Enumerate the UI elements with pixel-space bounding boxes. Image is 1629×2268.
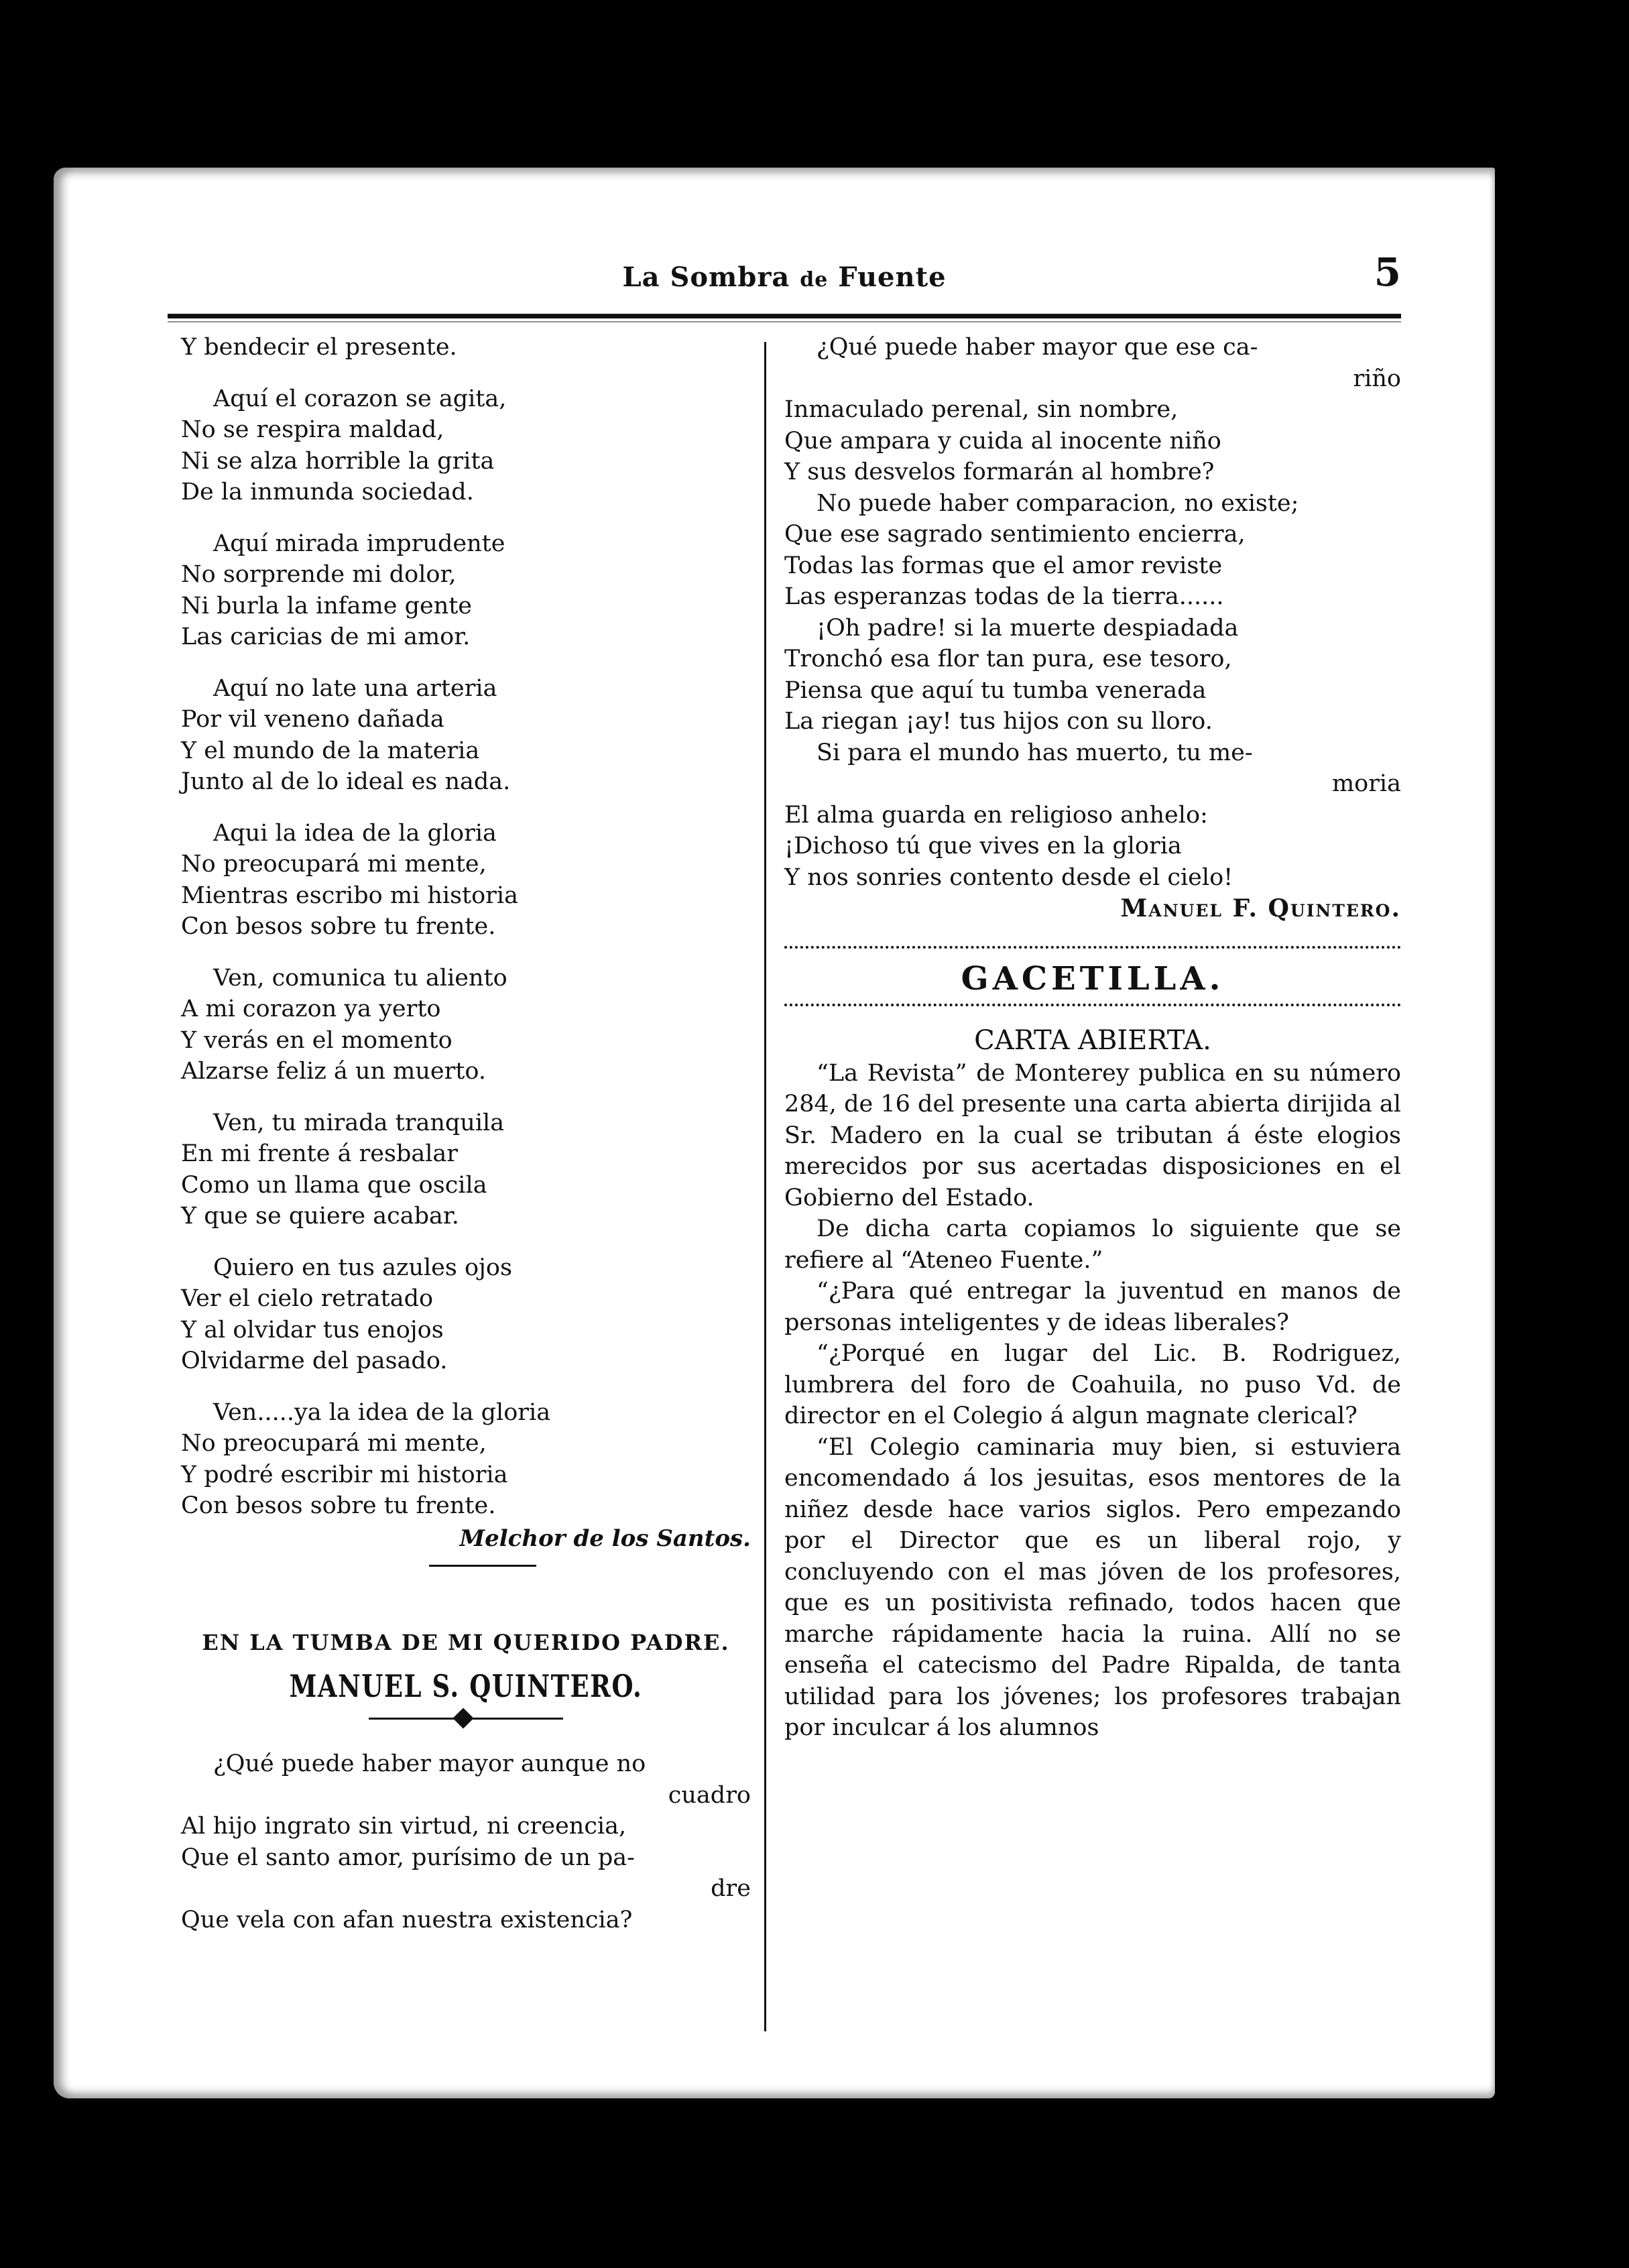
verse-line: El alma guarda en religioso anhelo: bbox=[784, 800, 1401, 831]
verse-line: Mientras escribo mi historia bbox=[181, 880, 751, 912]
verse-line: Y el mundo de la materia bbox=[181, 735, 751, 767]
verse-line: dre bbox=[181, 1873, 751, 1905]
article-body: “La Revista” de Monterey publica en su n… bbox=[784, 1058, 1401, 1744]
verse-line: En mi frente á resbalar bbox=[181, 1138, 751, 1170]
verse-line: No preocupará mi mente, bbox=[181, 1428, 751, 1459]
left-column: Y bendecir el presente. Aquí el corazon … bbox=[181, 332, 751, 1935]
verse-line: Ni se alza horrible la grita bbox=[181, 446, 751, 477]
verse-line: Las caricias de mi amor. bbox=[181, 621, 751, 653]
article-paragraph: “El Colegio caminaria muy bien, si estuv… bbox=[784, 1432, 1401, 1744]
verse-line: Y nos sonries contento desde el cielo! bbox=[784, 862, 1401, 894]
verse-line: Tronchó esa flor tan pura, ese tesoro, bbox=[784, 644, 1401, 675]
verse-line: Por vil veneno dañada bbox=[181, 704, 751, 735]
verse-line: Inmaculado perenal, sin nombre, bbox=[784, 394, 1401, 426]
stanza: Ven, tu mirada tranquilaEn mi frente á r… bbox=[181, 1108, 751, 1232]
poem1-signature: Melchor de los Santos. bbox=[181, 1523, 751, 1555]
verse-line: Ven, tu mirada tranquila bbox=[181, 1108, 751, 1139]
verse-line: ¿Qué puede haber mayor que ese ca- bbox=[784, 332, 1401, 363]
verse-line: Olvidarme del pasado. bbox=[181, 1346, 751, 1377]
verse-line: Que ese sagrado sentimiento encierra, bbox=[784, 519, 1401, 550]
verse-line: cuadro bbox=[181, 1780, 751, 1811]
title-word: La bbox=[622, 261, 660, 293]
poem2-author: MANUEL S. QUINTERO. bbox=[238, 1671, 694, 1702]
section-title: GACETILLA. bbox=[784, 963, 1401, 995]
newspaper-page: La Sombra de Fuente 5 Y bendecir el pres… bbox=[54, 168, 1495, 2098]
verse-line: Ven.....ya la idea de la gloria bbox=[181, 1397, 751, 1429]
verse-line: Las esperanzas todas de la tierra...... bbox=[784, 581, 1401, 613]
verse-line: ¡Dichoso tú que vives en la gloria bbox=[784, 831, 1401, 862]
poem2-lines-left: ¿Qué puede haber mayor aunque nocuadroAl… bbox=[181, 1748, 751, 1935]
poem2-lines-right: ¿Qué puede haber mayor que ese ca-riñoIn… bbox=[784, 332, 1401, 893]
ornament-rule bbox=[369, 1708, 563, 1728]
signature-rule bbox=[429, 1565, 536, 1567]
verse-line: Con besos sobre tu frente. bbox=[181, 1490, 751, 1522]
verse-line: Que el santo amor, purísimo de un pa- bbox=[181, 1842, 751, 1874]
article-title: CARTA ABIERTA. bbox=[784, 1025, 1401, 1057]
header-rule bbox=[168, 314, 1401, 318]
verse-line: Aquí no late una arteria bbox=[181, 673, 751, 705]
diamond-ornament-icon bbox=[452, 1708, 473, 1728]
running-header: La Sombra de Fuente 5 bbox=[168, 261, 1401, 302]
publication-title: La Sombra de Fuente bbox=[168, 261, 1401, 293]
right-column: ¿Qué puede haber mayor que ese ca-riñoIn… bbox=[784, 332, 1401, 1744]
section-rule-top bbox=[784, 946, 1401, 949]
verse-line: De la inmunda sociedad. bbox=[181, 477, 751, 508]
verse-line: Con besos sobre tu frente. bbox=[181, 911, 751, 943]
poem1-opening: Y bendecir el presente. bbox=[181, 332, 751, 363]
column-divider bbox=[764, 342, 766, 2031]
verse-line: Y podré escribir mi historia bbox=[181, 1459, 751, 1491]
verse-line: riño bbox=[784, 363, 1401, 395]
verse-line: Piensa que aquí tu tumba venerada bbox=[784, 675, 1401, 707]
verse-line: Que vela con afan nuestra existencia? bbox=[181, 1905, 751, 1936]
verse-line: Aquí mirada imprudente bbox=[181, 528, 751, 560]
article-paragraph: “La Revista” de Monterey publica en su n… bbox=[784, 1058, 1401, 1214]
article-paragraph: “¿Para qué entregar la juventud en manos… bbox=[784, 1276, 1401, 1338]
verse-line: Y verás en el momento bbox=[181, 1025, 751, 1057]
verse-line: Y sus desvelos formarán al hombre? bbox=[784, 457, 1401, 488]
verse-line: Aquí el corazon se agita, bbox=[181, 383, 751, 415]
verse-line: Al hijo ingrato sin virtud, ni creencia, bbox=[181, 1811, 751, 1842]
stanza: Quiero en tus azules ojosVer el cielo re… bbox=[181, 1252, 751, 1377]
stanza: Ven.....ya la idea de la gloriaNo preocu… bbox=[181, 1397, 751, 1522]
verse-line: Todas las formas que el amor reviste bbox=[784, 550, 1401, 582]
verse-line: La riegan ¡ay! tus hijos con su lloro. bbox=[784, 706, 1401, 737]
verse-line: ¡Oh padre! si la muerte despiadada bbox=[784, 613, 1401, 644]
title-word: Fuente bbox=[838, 261, 946, 293]
section-rule-bottom bbox=[784, 1004, 1401, 1006]
verse-line: No preocupará mi mente, bbox=[181, 849, 751, 880]
poem2-heading: EN LA TUMBA DE MI QUERIDO PADRE. bbox=[181, 1627, 751, 1659]
article-paragraph: De dicha carta copiamos lo siguiente que… bbox=[784, 1213, 1401, 1276]
title-word: de bbox=[800, 268, 828, 292]
stanza: Aqui la idea de la gloriaNo preocupará m… bbox=[181, 818, 751, 943]
article-paragraph: “¿Porqué en lugar del Lic. B. Rodriguez,… bbox=[784, 1338, 1401, 1432]
verse-line: Junto al de lo ideal es nada. bbox=[181, 766, 751, 798]
poem2-signature: Manuel F. Quintero. bbox=[784, 893, 1401, 924]
verse-line: Como un llama que oscila bbox=[181, 1170, 751, 1201]
stanza: Aquí no late una arteriaPor vil veneno d… bbox=[181, 673, 751, 798]
verse-line: No puede haber comparacion, no existe; bbox=[784, 488, 1401, 520]
verse-line: A mi corazon ya yerto bbox=[181, 994, 751, 1025]
verse-line: ¿Qué puede haber mayor aunque no bbox=[181, 1748, 751, 1780]
page-number: 5 bbox=[1374, 249, 1401, 295]
verse-line: Ver el cielo retratado bbox=[181, 1283, 751, 1315]
verse-line: Y al olvidar tus enojos bbox=[181, 1315, 751, 1346]
title-word: Sombra bbox=[670, 261, 790, 293]
verse-line: No sorprende mi dolor, bbox=[181, 559, 751, 591]
poem1-stanzas: Aquí el corazon se agita,No se respira m… bbox=[181, 383, 751, 1522]
verse-line: Ven, comunica tu aliento bbox=[181, 963, 751, 994]
verse-line: Que ampara y cuida al inocente niño bbox=[784, 426, 1401, 457]
verse-line: Si para el mundo has muerto, tu me- bbox=[784, 737, 1401, 769]
verse-line: moria bbox=[784, 768, 1401, 800]
verse-line: Aqui la idea de la gloria bbox=[181, 818, 751, 849]
stanza: Aquí el corazon se agita,No se respira m… bbox=[181, 383, 751, 508]
verse-line: No se respira maldad, bbox=[181, 414, 751, 446]
stanza: Aquí mirada imprudenteNo sorprende mi do… bbox=[181, 528, 751, 653]
header-rule-thin bbox=[168, 321, 1401, 322]
verse-line: Alzarse feliz á un muerto. bbox=[181, 1056, 751, 1087]
verse-line: Ni burla la infame gente bbox=[181, 591, 751, 622]
verse-line: Y bendecir el presente. bbox=[181, 332, 751, 363]
stanza: Ven, comunica tu alientoA mi corazon ya … bbox=[181, 963, 751, 1087]
verse-line: Quiero en tus azules ojos bbox=[181, 1252, 751, 1284]
verse-line: Y que se quiere acabar. bbox=[181, 1201, 751, 1232]
